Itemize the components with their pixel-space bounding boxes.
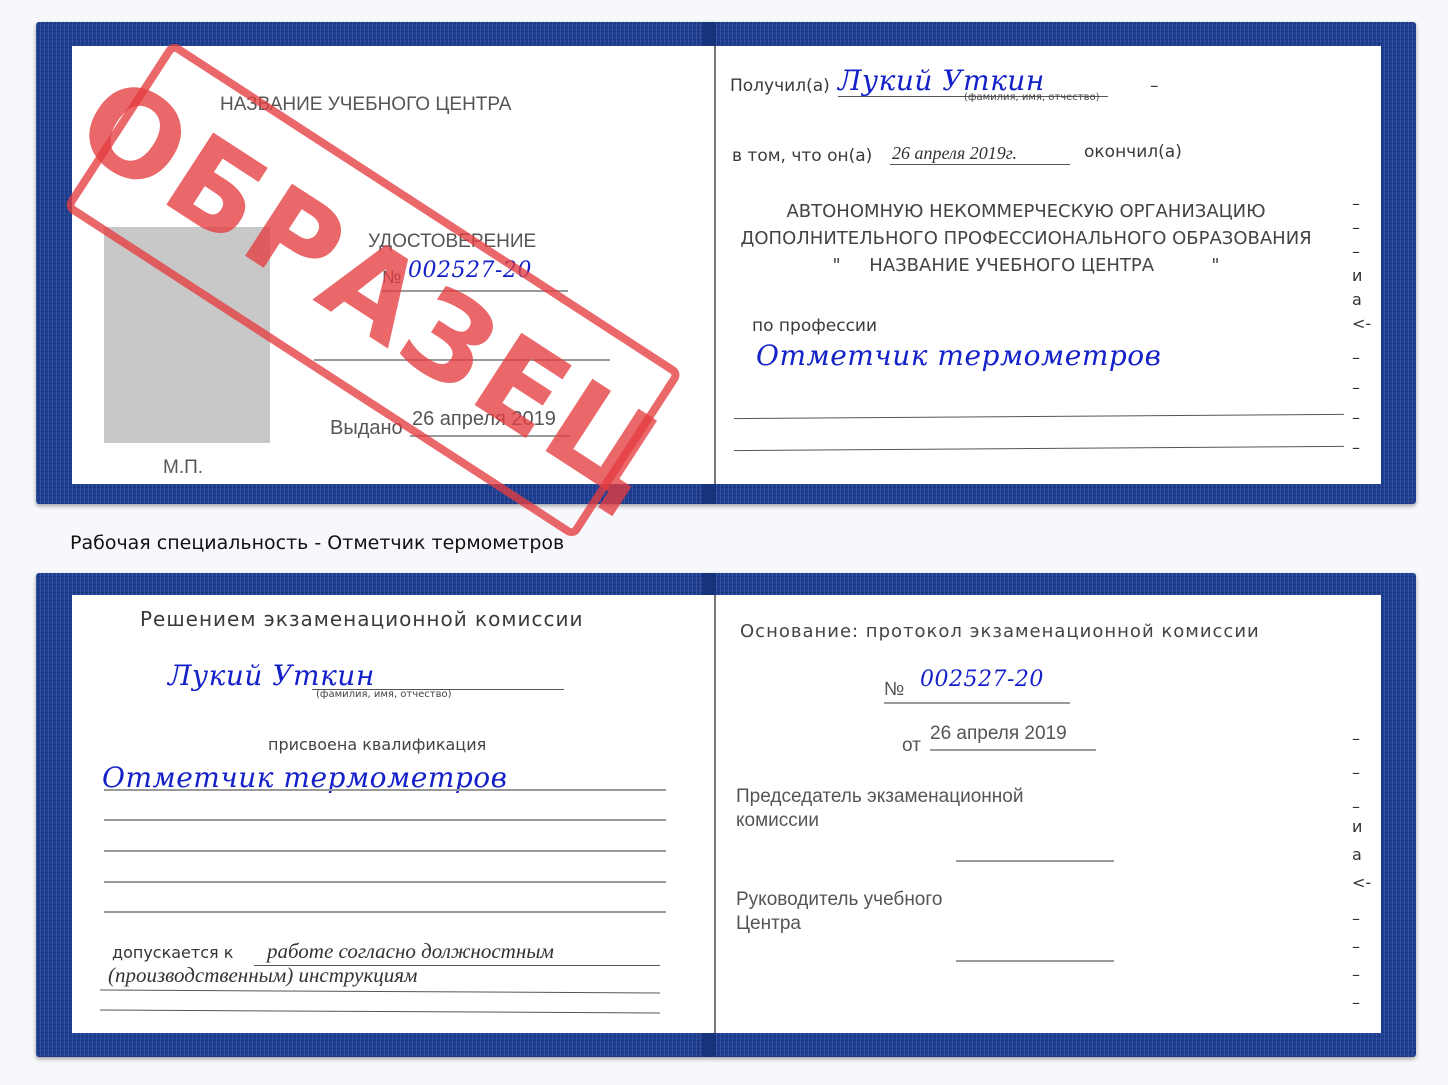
name-hint: (фамилия, имя, отчество) [316,689,452,700]
profession-label: по профессии [752,316,877,336]
finished-label: окончил(а) [1084,142,1182,162]
qualification-line-3 [104,850,666,852]
qualification-line-2 [104,819,666,821]
edge-marks: – – – и а <- – – – – [1352,196,1371,464]
blank-line [314,359,610,361]
issued-label: Выдано [330,417,403,440]
qualification-line-1 [104,789,666,791]
completion-date: 26 апреля 2019г. [892,143,1017,164]
edge-marks: – – – и а <- – – – – [1352,731,1371,1019]
that-label: в том, что он(а) [732,146,872,166]
head-signature-line [956,960,1114,962]
admitted-label: допускается к [112,943,233,962]
admitted-underline-3 [100,1010,660,1014]
inner-left-page: Решением экзаменационной комиссии Лукий … [72,595,714,1033]
issued-date: 26 апреля 2019 [412,408,556,431]
certificate-number: 002527-20 [408,258,532,283]
seal-label: М.П. [163,457,203,479]
organization-name: АВТОНОМНУЮ НЕКОММЕРЧЕСКУЮ ОРГАНИЗАЦИЮ ДО… [716,198,1336,279]
admitted-line-1: работе согласно должностным [267,939,554,964]
from-label: от [902,735,921,757]
front-left-page: НАЗВАНИЕ УЧЕБНОГО ЦЕНТРА УДОСТОВЕРЕНИЕ №… [72,46,714,484]
profession-line-2 [734,446,1344,451]
protocol-number-underline [884,702,1070,704]
number-label: № [382,267,401,288]
admitted-underline-2 [100,990,660,994]
org-line-2: ДОПОЛНИТЕЛЬНОГО ПРОФЕССИОНАЛЬНОГО ОБРАЗО… [716,225,1336,252]
document-title: УДОСТОВЕРЕНИЕ [368,231,536,253]
protocol-date: 26 апреля 2019 [930,723,1067,745]
protocol-date-underline [930,749,1096,751]
dash: – [1150,76,1159,96]
qualification-line-5 [104,911,666,913]
number-underline [382,290,568,292]
photo-placeholder [104,227,270,443]
decision-title: Решением экзаменационной комиссии [140,607,583,631]
front-right-page: Получил(а) Лукий Уткин (фамилия, имя, от… [714,46,1381,484]
name-hint: (фамилия, имя, отчество) [964,92,1100,103]
chairman-label: Председатель экзаменационной комиссии [736,785,1023,833]
inner-right-page: Основание: протокол экзаменационной коми… [714,595,1381,1033]
issued-underline [410,435,570,437]
basis-title: Основание: протокол экзаменационной коми… [740,621,1260,642]
training-center-name: НАЗВАНИЕ УЧЕБНОГО ЦЕНТРА [220,94,512,116]
protocol-number: 002527-20 [920,667,1044,692]
admitted-line-2: (производственным) инструкциям [108,963,417,988]
certificate-spread-front: НАЗВАНИЕ УЧЕБНОГО ЦЕНТРА УДОСТОВЕРЕНИЕ №… [36,22,1416,504]
qualification-line-4 [104,881,666,883]
profession-line-1 [734,414,1344,419]
person-name: Лукий Уткин [168,659,375,692]
protocol-number-label: № [884,679,904,701]
page-caption: Рабочая специальность - Отметчик термоме… [70,532,564,554]
received-label: Получил(а) [730,76,830,96]
org-line-1: АВТОНОМНУЮ НЕКОММЕРЧЕСКУЮ ОРГАНИЗАЦИЮ [716,198,1336,225]
chairman-signature-line [956,860,1114,862]
qualification-label: присвоена квалификация [268,735,486,754]
profession-value: Отметчик термометров [756,339,1161,372]
date-underline [890,164,1070,165]
head-label: Руководитель учебного Центра [736,888,942,936]
certificate-spread-inner: Решением экзаменационной комиссии Лукий … [36,573,1416,1057]
org-line-3: " НАЗВАНИЕ УЧЕБНОГО ЦЕНТРА " [716,252,1336,279]
